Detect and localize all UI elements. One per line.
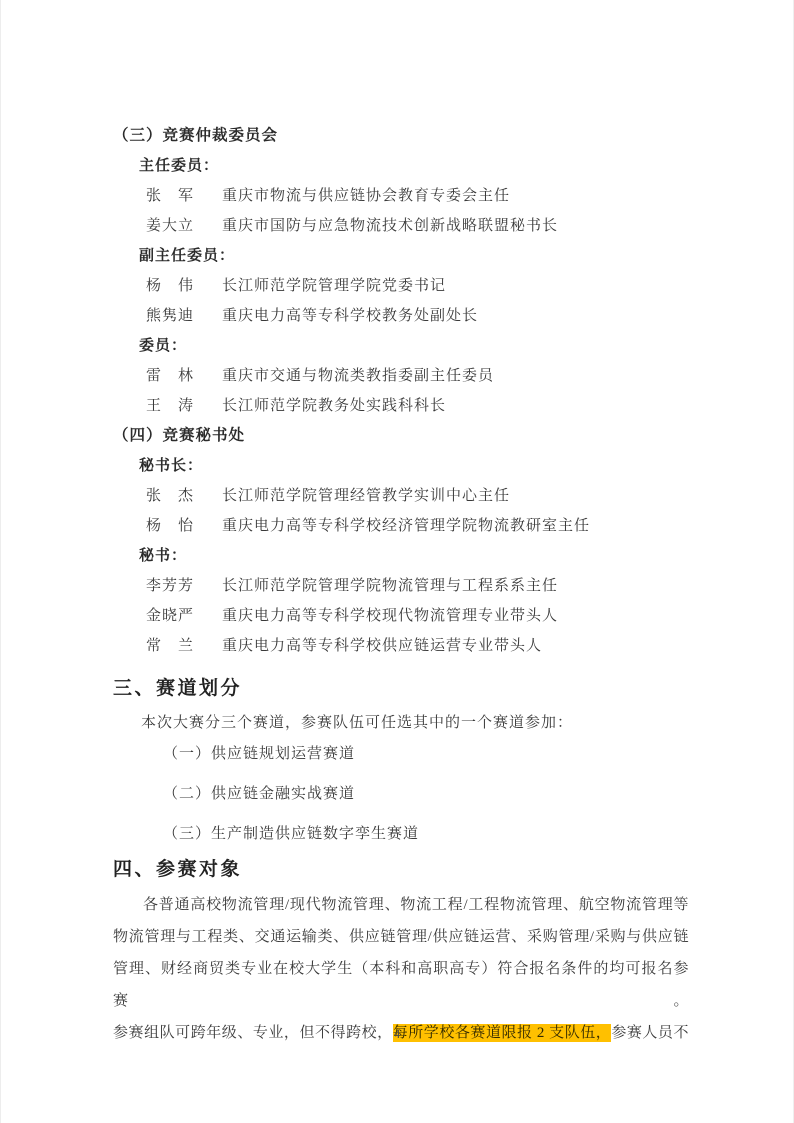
- member-row: 张 杰 长江师范学院管理经管教学实训中心主任: [146, 481, 689, 511]
- member-row: 杨 伟 长江师范学院管理学院党委书记: [146, 271, 689, 301]
- participants-paragraph: 各普通高校物流管理/现代物流管理、物流工程/工程物流管理、航空物流管理等 物流管…: [113, 889, 689, 1049]
- member-row: 雷 林 重庆市交通与物流类教指委副主任委员: [146, 361, 689, 391]
- section-tracks: 三、赛道划分 本次大赛分三个赛道，参赛队伍可任选其中的一个赛道参加： （一）供应…: [113, 677, 689, 854]
- role-heading-secretary: 秘书：: [139, 541, 689, 571]
- member-title: 长江师范学院管理学院党委书记: [222, 271, 689, 301]
- member-name: 王 涛: [146, 391, 222, 421]
- member-row: 王 涛 长江师范学院教务处实践科科长: [146, 391, 689, 421]
- track-item-2: （二）供应链金融实战赛道: [163, 774, 689, 814]
- member-title: 重庆电力高等专科学校教务处副处长: [222, 301, 689, 331]
- member-row: 李芳芳 长江师范学院管理学院物流管理与工程系系主任: [146, 571, 689, 601]
- participants-heading: 四、参赛对象: [113, 858, 689, 882]
- tracks-intro: 本次大赛分三个赛道，参赛队伍可任选其中的一个赛道参加：: [141, 712, 689, 734]
- paragraph-line: 管理、财经商贸类专业在校大学生（本科和高职高专）符合报名条件的均可报名参赛。: [113, 953, 689, 1017]
- role-heading-members: 委员：: [139, 331, 689, 361]
- tracks-heading: 三、赛道划分: [113, 677, 689, 701]
- member-title: 重庆市国防与应急物流技术创新战略联盟秘书长: [222, 211, 689, 241]
- section-arbitration-committee: （三）竞赛仲裁委员会 主任委员： 张 军 重庆市物流与供应链协会教育专委会主任 …: [113, 121, 689, 421]
- member-name: 金晓严: [146, 601, 222, 631]
- arbitration-committee-heading: （三）竞赛仲裁委员会: [113, 121, 689, 151]
- role-heading-vice-chair: 副主任委员：: [139, 241, 689, 271]
- member-name: 张 杰: [146, 481, 222, 511]
- member-row: 常 兰 重庆电力高等专科学校供应链运营专业带头人: [146, 631, 689, 661]
- section-participants: 四、参赛对象 各普通高校物流管理/现代物流管理、物流工程/工程物流管理、航空物流…: [113, 858, 689, 1049]
- member-name: 杨 伟: [146, 271, 222, 301]
- member-row: 熊隽迪 重庆电力高等专科学校教务处副处长: [146, 301, 689, 331]
- track-item-1: （一）供应链规划运营赛道: [163, 734, 689, 774]
- member-name: 姜大立: [146, 211, 222, 241]
- member-name: 熊隽迪: [146, 301, 222, 331]
- member-name: 张 军: [146, 181, 222, 211]
- member-title: 重庆市物流与供应链协会教育专委会主任: [222, 181, 689, 211]
- member-name: 雷 林: [146, 361, 222, 391]
- member-title: 重庆电力高等专科学校现代物流管理专业带头人: [222, 601, 689, 631]
- member-row: 杨 怡 重庆电力高等专科学校经济管理学院物流教研室主任: [146, 511, 689, 541]
- member-title: 重庆电力高等专科学校经济管理学院物流教研室主任: [222, 511, 689, 541]
- page-content: （三）竞赛仲裁委员会 主任委员： 张 军 重庆市物流与供应链协会教育专委会主任 …: [113, 121, 689, 1049]
- member-title: 长江师范学院管理经管教学实训中心主任: [222, 481, 689, 511]
- role-heading-chair: 主任委员：: [139, 151, 689, 181]
- role-heading-secretary-general: 秘书长：: [139, 451, 689, 481]
- document-page: （三）竞赛仲裁委员会 主任委员： 张 军 重庆市物流与供应链协会教育专委会主任 …: [0, 0, 794, 1123]
- member-name: 李芳芳: [146, 571, 222, 601]
- member-row: 张 军 重庆市物流与供应链协会教育专委会主任: [146, 181, 689, 211]
- member-name: 常 兰: [146, 631, 222, 661]
- member-name: 杨 怡: [146, 511, 222, 541]
- paragraph-line: 各普通高校物流管理/现代物流管理、物流工程/工程物流管理、航空物流管理等: [113, 889, 689, 921]
- track-item-3: （三）生产制造供应链数字孪生赛道: [163, 814, 689, 854]
- secretariat-heading: （四）竞赛秘书处: [113, 421, 689, 451]
- member-row: 姜大立 重庆市国防与应急物流技术创新战略联盟秘书长: [146, 211, 689, 241]
- member-title: 长江师范学院管理学院物流管理与工程系系主任: [222, 571, 689, 601]
- member-title: 重庆市交通与物流类教指委副主任委员: [222, 361, 689, 391]
- page-number: 4: [1, 1026, 793, 1042]
- paragraph-line: 物流管理与工程类、交通运输类、供应链管理/供应链运营、采购管理/采购与供应链: [113, 921, 689, 953]
- member-title: 重庆电力高等专科学校供应链运营专业带头人: [222, 631, 689, 661]
- member-row: 金晓严 重庆电力高等专科学校现代物流管理专业带头人: [146, 601, 689, 631]
- member-title: 长江师范学院教务处实践科科长: [222, 391, 689, 421]
- section-secretariat: （四）竞赛秘书处 秘书长： 张 杰 长江师范学院管理经管教学实训中心主任 杨 怡…: [113, 421, 689, 661]
